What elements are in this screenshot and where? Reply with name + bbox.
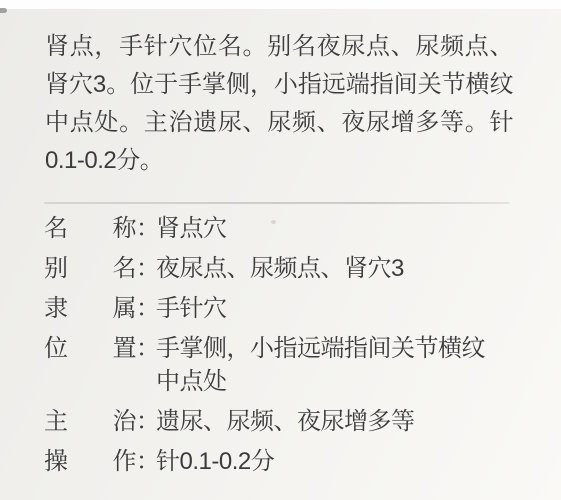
field-label-char: 作 [113, 445, 137, 478]
intro-paragraph: 肾点，手针穴位名。别名夜尿点、尿频点、肾穴3。位于手掌侧，小指远端指间关节横纹中… [45, 28, 513, 180]
field-colon: ： [136, 292, 156, 325]
field-label: 主 治 [44, 405, 136, 438]
field-colon: ： [136, 405, 156, 438]
field-row-location: 位 置 ： 手掌侧，小指远端指间关节横纹中点处 [44, 332, 514, 398]
fields-list: 名 称 ： 肾点穴 别 名 ： 夜尿点、尿频点、肾穴3 隶 属 ： 手针穴 位 [44, 212, 514, 485]
field-row-name: 名 称 ： 肾点穴 [44, 212, 514, 245]
field-colon: ： [136, 212, 156, 245]
field-label-char: 属 [113, 292, 137, 325]
field-label-char: 隶 [44, 292, 68, 325]
field-value: 手掌侧，小指远端指间关节横纹中点处 [156, 332, 508, 398]
field-label-char: 操 [44, 445, 68, 478]
field-value: 遗尿、尿频、夜尿增多等 [156, 405, 508, 438]
field-colon: ： [136, 445, 156, 478]
field-row-operation: 操 作 ： 针0.1-0.2分 [44, 445, 514, 478]
field-label-char: 名 [44, 212, 68, 245]
field-row-indications: 主 治 ： 遗尿、尿频、夜尿增多等 [44, 405, 514, 438]
field-label-char: 别 [44, 252, 68, 285]
field-label-char: 治 [113, 405, 137, 438]
section-divider [44, 202, 510, 204]
field-row-category: 隶 属 ： 手针穴 [44, 292, 514, 325]
field-value: 夜尿点、尿频点、肾穴3 [156, 252, 508, 285]
field-value: 针0.1-0.2分 [156, 445, 508, 478]
scan-edge-mark [0, 8, 7, 13]
field-label: 位 置 [44, 332, 136, 365]
field-value: 肾点穴 [156, 212, 508, 245]
top-strip [0, 0, 561, 9]
field-label: 名 称 [44, 212, 136, 245]
field-label-char: 位 [44, 332, 68, 365]
field-label: 隶 属 [44, 292, 136, 325]
field-colon: ： [136, 252, 156, 285]
field-row-alias: 别 名 ： 夜尿点、尿频点、肾穴3 [44, 252, 514, 285]
field-label-char: 称 [113, 212, 137, 245]
field-label-char: 主 [44, 405, 68, 438]
scanned-document-page: 肾点，手针穴位名。别名夜尿点、尿频点、肾穴3。位于手掌侧，小指远端指间关节横纹中… [0, 0, 561, 500]
field-colon: ： [136, 332, 156, 365]
field-label-char: 置 [113, 332, 137, 365]
field-label-char: 名 [113, 252, 137, 285]
field-label: 操 作 [44, 445, 136, 478]
field-label: 别 名 [44, 252, 136, 285]
field-value: 手针穴 [156, 292, 508, 325]
